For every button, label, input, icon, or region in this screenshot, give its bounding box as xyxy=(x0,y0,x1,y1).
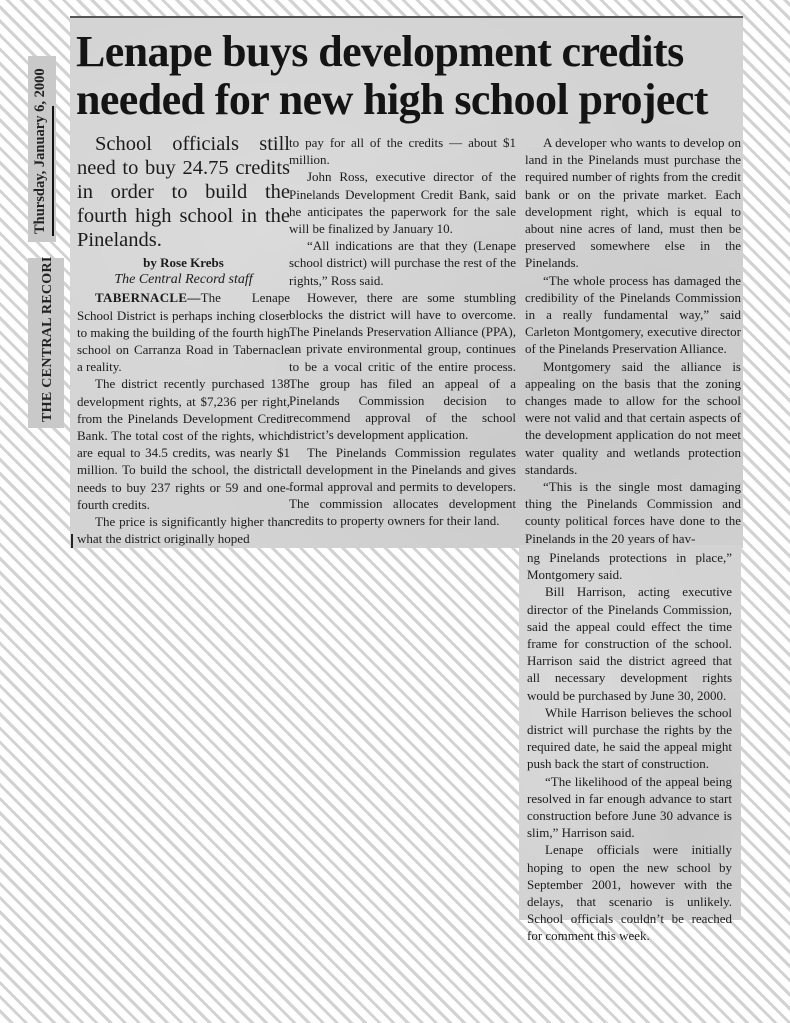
paragraph-11-continued: ng Pinelands protections in place,” Mont… xyxy=(527,549,732,583)
column-2: to pay for all of the credits — about $1… xyxy=(289,134,516,530)
paragraph-12: Bill Harrison, acting executive director… xyxy=(527,583,732,703)
publication-date: Thursday, January 6, 2000 xyxy=(32,68,49,234)
column-1: School officials still need to buy 24.75… xyxy=(77,132,290,547)
dateline: TABERNACLE— xyxy=(95,290,201,305)
newspaper-name-strip: THE CENTRAL RECORI xyxy=(28,258,64,428)
column-4: ng Pinelands protections in place,” Mont… xyxy=(527,549,732,945)
staff-credit: The Central Record staff xyxy=(77,271,290,288)
paragraph-8: A developer who wants to develop on land… xyxy=(525,134,741,272)
paragraph-9: “The whole process has damaged the credi… xyxy=(525,272,741,358)
byline: by Rose Krebs xyxy=(77,254,290,271)
paragraph-14: “The likelihood of the appeal being reso… xyxy=(527,773,732,842)
headline-line-2: needed for new high school project xyxy=(76,76,736,124)
date-rule xyxy=(52,106,54,236)
newspaper-name: THE CENTRAL RECORI xyxy=(40,256,56,422)
paragraph-4: John Ross, executive director of the Pin… xyxy=(289,168,516,237)
edge-mark xyxy=(71,534,73,548)
date-strip: Thursday, January 6, 2000 xyxy=(28,56,56,242)
headline-line-1: Lenape buys development credits xyxy=(76,28,736,76)
paragraph-3: The price is significantly higher than w… xyxy=(77,513,290,547)
paragraph-5: “All indications are that they (Lenape s… xyxy=(289,237,516,289)
paragraph-6: However, there are some stumbling blocks… xyxy=(289,289,516,444)
continuation-clipping: ng Pinelands protections in place,” Mont… xyxy=(519,545,741,920)
headline: Lenape buys development credits needed f… xyxy=(76,28,736,124)
paragraph-13: While Harrison believes the school distr… xyxy=(527,704,732,773)
paragraph-2: The district recently purchased 138 deve… xyxy=(77,375,290,513)
article-clipping: Lenape buys development credits needed f… xyxy=(70,16,743,548)
paragraph-3-continued: to pay for all of the credits — about $1… xyxy=(289,134,516,168)
paragraph-15: Lenape officials were initially hoping t… xyxy=(527,841,732,944)
paragraph-10: Montgomery said the alliance is appealin… xyxy=(525,358,741,478)
paragraph-7: The Pinelands Commission regulates all d… xyxy=(289,444,516,530)
deck: School officials still need to buy 24.75… xyxy=(77,132,290,252)
paragraph-11: “This is the single most damaging thing … xyxy=(525,478,741,547)
column-3: A developer who wants to develop on land… xyxy=(525,134,741,564)
paragraph-1: TABERNACLE—The Lenape School District is… xyxy=(77,289,290,375)
